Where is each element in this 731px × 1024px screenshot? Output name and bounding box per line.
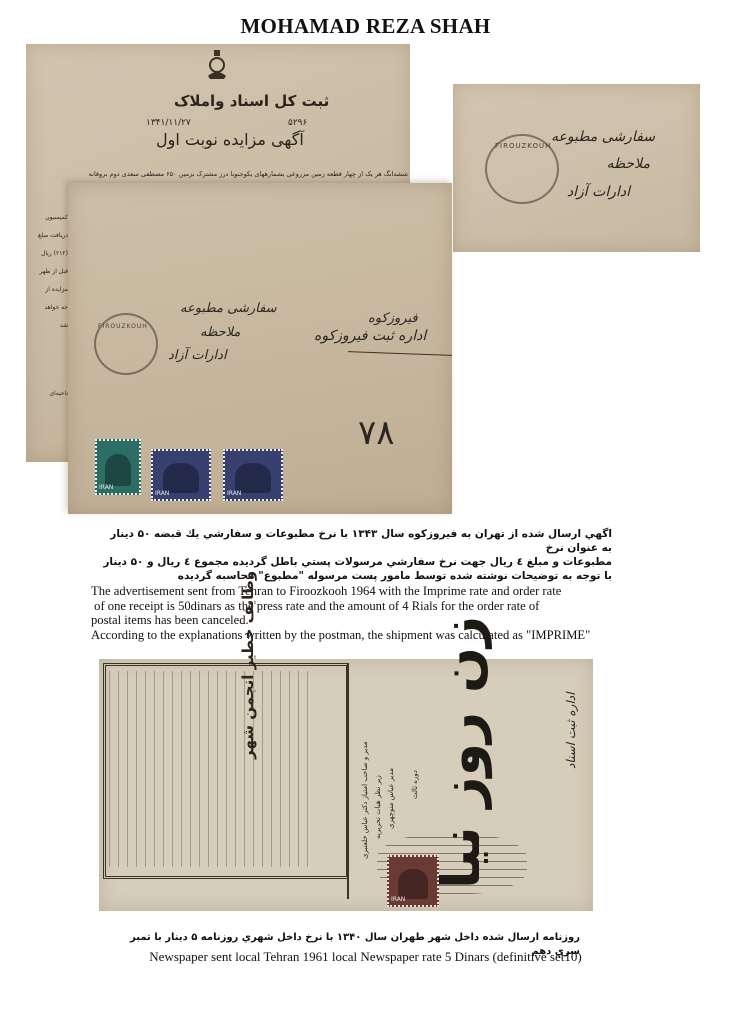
postage-stamp: IRAN: [151, 449, 211, 501]
postage-stamp: IRAN: [223, 449, 283, 501]
postage-stamp: IRAN: [95, 439, 141, 495]
issue-label: دوره ثالث: [411, 770, 419, 799]
postage-stamp: IRAN: [387, 855, 439, 907]
notice-date: ۱۳۴۱/۱۱/۲۷: [146, 118, 191, 128]
frame-divider: [347, 663, 349, 899]
address-underline: [348, 351, 452, 356]
handwriting-line: ادارات آزاد: [567, 184, 630, 200]
postmark-text: FIROUZKOUH: [98, 323, 148, 330]
envelope-back: FIROUZKOUH سفارشی مطبوعه ملاحظه ادارات آ…: [453, 84, 700, 252]
column-title: وظایف خطیر انجمن‌ شهر: [239, 571, 257, 759]
editor-line: مدیر عباس منوچهری: [387, 768, 395, 829]
persian-caption: اگهي ارسال شده از تهران به فيروزكوه سال …: [100, 527, 612, 583]
destination-label: فیروزکوه: [368, 311, 418, 326]
notice-body-line: ششدانگ هر یک از چهار قطعه زمین مزروعی بش…: [30, 170, 408, 178]
handwriting-line: سفارشی مطبوعه: [180, 301, 277, 316]
newspaper-column-text: [109, 671, 309, 867]
notice-side-text: کمیسیون دریافت مبلغ (۲۱۲) ریال قبل از ظه…: [28, 214, 68, 397]
handwriting-line: سفارشی مطبوعه: [551, 129, 655, 145]
handwriting-line: ادارات آزاد: [168, 348, 227, 363]
english-caption-newspaper: Newspaper sent local Tehran 1961 local N…: [0, 950, 731, 965]
handwriting-line: ملاحظه: [607, 156, 651, 172]
editor-line: زیر نظر هیات تحریریه: [374, 775, 382, 839]
registry-header: ثبت کل اسناد واملاک: [174, 92, 329, 110]
editor-line: مدیر و صاحب امتیاز دکتر عباس خلعتبری: [361, 741, 369, 859]
auction-title: آگهی مزایده نوبت اول: [156, 130, 304, 149]
handwritten-mark: ۷۸: [358, 413, 395, 453]
newspaper-wrapper: وظایف خطیر انجمن‌ شهر زن روز نیا مدیر و …: [99, 659, 593, 911]
english-caption: The advertisement sent from Tehran to Fi…: [91, 584, 651, 642]
side-handwriting: اداره ثبت اسناد: [564, 693, 578, 769]
address-line: اداره ثبت فیروزکوه: [314, 328, 426, 344]
handwriting-line: ملاحظه: [200, 325, 240, 340]
envelope-front: FIROUZKOUH سفارشی مطبوعه ملاحظه ادارات آ…: [68, 183, 452, 514]
lion-and-sun-emblem-icon: [204, 50, 230, 80]
notice-number: ۵۲۹۶: [288, 118, 307, 128]
page-title: MOHAMAD REZA SHAH: [0, 14, 731, 39]
postmark-text: FIROUZKOUH: [495, 142, 551, 150]
